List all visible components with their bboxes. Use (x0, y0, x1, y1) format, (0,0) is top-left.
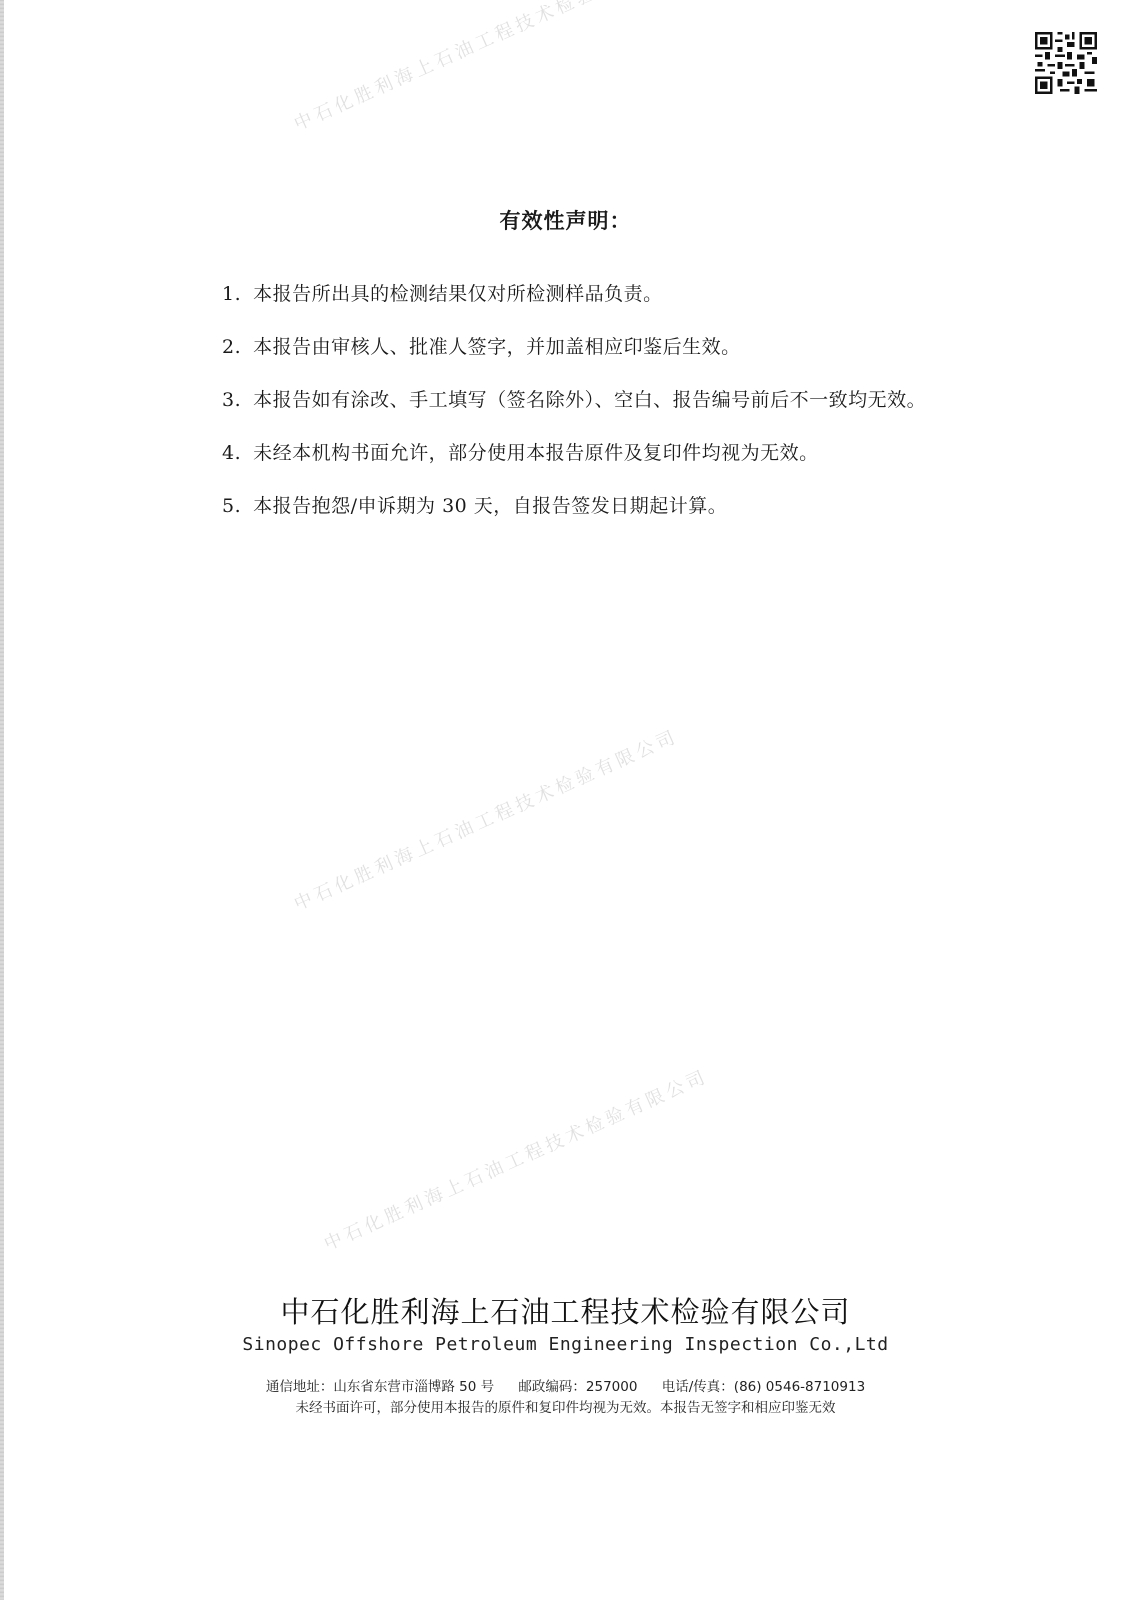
phone-fax: 电话/传真：(86) 0546-8710913 (662, 1379, 865, 1395)
watermark: 中石化胜利海上石油工程技术检验有限公司 (289, 722, 681, 916)
clause-item: 5.本报告抱怨/申诉期为 30 天，自报告签发日期起计算。 (180, 490, 970, 522)
scan-edge (0, 0, 4, 1600)
footer-note: 未经书面许可，部分使用本报告的原件和复印件均视为无效。本报告无签字和相应印鉴无效 (0, 1396, 1131, 1416)
address: 通信地址：山东省东营市淄博路 50 号 (266, 1379, 494, 1395)
clause-item: 3.本报告如有涂改、手工填写（签名除外）、空白、报告编号前后不一致均无效。 (180, 384, 970, 416)
page-title: 有效性声明： (0, 205, 1131, 235)
clause-number: 5. (222, 495, 241, 517)
watermark: 中石化胜利海上石油工程技术检验有限公司 (319, 1062, 711, 1256)
clause-item: 4.未经本机构书面允许，部分使用本报告原件及复印件均视为无效。 (180, 437, 970, 469)
company-name-en: Sinopec Offshore Petroleum Engineering I… (0, 1334, 1131, 1355)
postcode: 邮政编码：257000 (518, 1379, 637, 1395)
company-name-cn: 中石化胜利海上石油工程技术检验有限公司 (0, 1290, 1131, 1331)
clause-text: 本报告如有涂改、手工填写（签名除外）、空白、报告编号前后不一致均无效。 (253, 389, 926, 411)
clause-number: 4. (222, 442, 241, 464)
clause-number: 3. (222, 389, 241, 411)
contact-info: 通信地址：山东省东营市淄博路 50 号 邮政编码：257000 电话/传真：(8… (0, 1375, 1131, 1395)
clause-item: 2.本报告由审核人、批准人签字，并加盖相应印鉴后生效。 (180, 331, 970, 363)
watermark: 中石化胜利海上石油工程技术检验有限公司 (289, 0, 681, 136)
clause-text: 本报告由审核人、批准人签字，并加盖相应印鉴后生效。 (253, 336, 741, 358)
clause-list: 1.本报告所出具的检测结果仅对所检测样品负责。 2.本报告由审核人、批准人签字，… (180, 278, 970, 543)
clause-number: 1. (222, 283, 241, 305)
clause-number: 2. (222, 336, 241, 358)
clause-text: 本报告抱怨/申诉期为 30 天，自报告签发日期起计算。 (253, 495, 727, 517)
clause-text: 未经本机构书面允许，部分使用本报告原件及复印件均视为无效。 (253, 442, 819, 464)
clause-text: 本报告所出具的检测结果仅对所检测样品负责。 (253, 283, 663, 305)
qr-code-icon (1035, 32, 1097, 94)
clause-item: 1.本报告所出具的检测结果仅对所检测样品负责。 (180, 278, 970, 310)
